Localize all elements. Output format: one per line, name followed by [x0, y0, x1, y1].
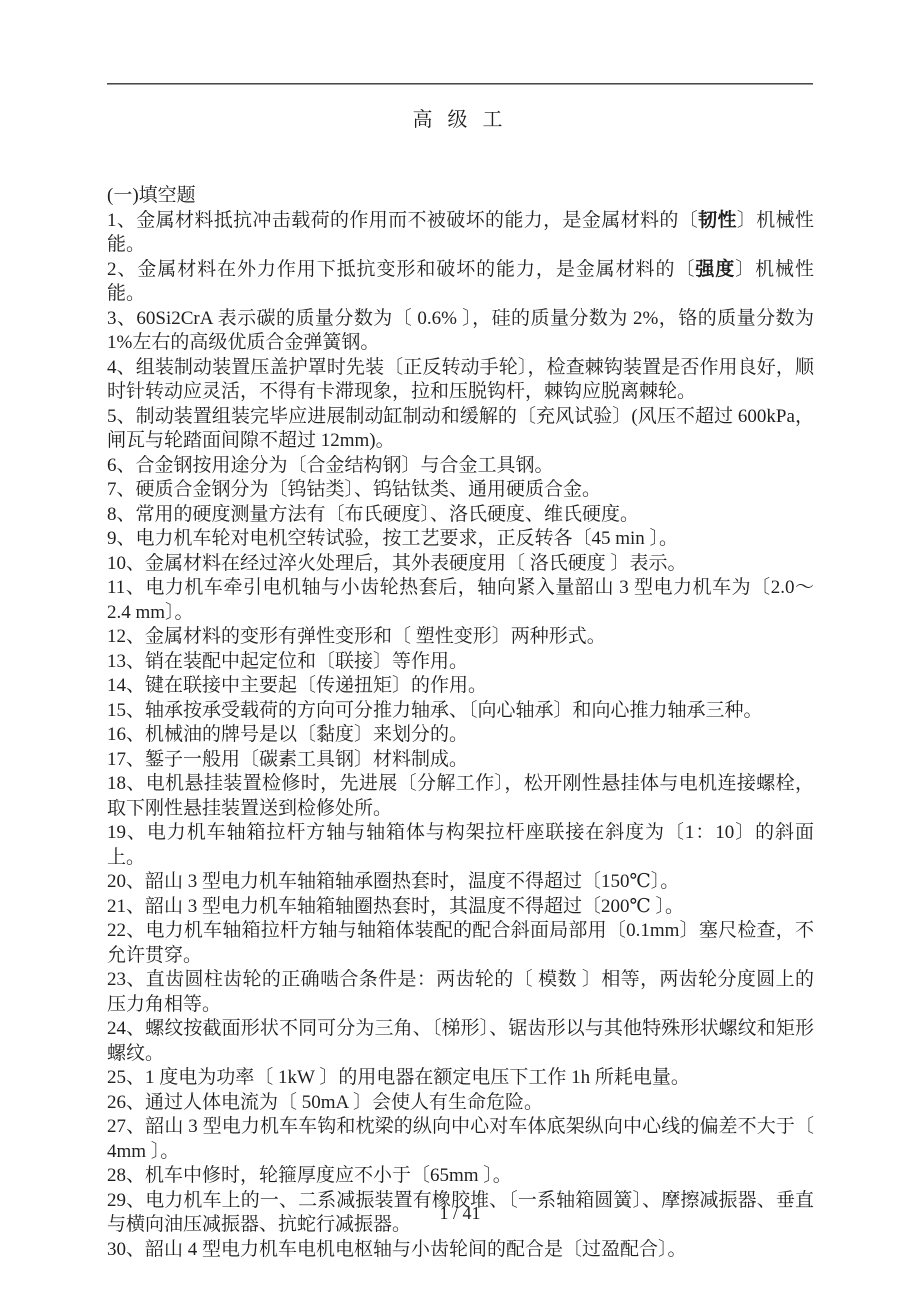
question-item: 5、制动装置组装完毕应进展制动缸制动和缓解的〔充风试验〕(风压不超过 600kP… [107, 405, 814, 454]
question-text: 7、硬质合金钢分为〔钨钴类〕、钨钴钛类、通用硬质合金。 [107, 479, 601, 500]
question-text: 3、60Si2CrA 表示碳的质量分数为〔 0.6% 〕，硅的质量分数为 2%，… [107, 308, 814, 354]
question-text: 14、键在联接中主要起〔传递扭矩〕的作用。 [107, 675, 487, 696]
page-title: 高 级 工 [107, 103, 813, 132]
question-item: 15、轴承按承受载荷的方向可分推力轴承、〔向心轴承〕和向心推力轴承三种。 [107, 699, 814, 724]
question-item: 4、组装制动装置压盖护罩时先装〔正反转动手轮〕，检查棘钩装置是否作用良好，顺时针… [107, 356, 814, 405]
document-page: 高 级 工 (一)填空题 1、金属材料抵抗冲击载荷的作用而不被破坏的能力，是金属… [0, 0, 920, 1302]
question-text: 25、1 度电为功率〔 1kW 〕的用电器在额定电压下工作 1h 所耗电量。 [107, 1067, 690, 1088]
question-item: 14、键在联接中主要起〔传递扭矩〕的作用。 [107, 674, 814, 699]
question-item: 16、机械油的牌号是以〔黏度〕来划分的。 [107, 723, 814, 748]
question-text: 11、电力机车牵引电机轴与小齿轮热套后，轴向紧入量韶山 3 型电力机车为〔2.0… [107, 577, 814, 623]
question-item: 10、金属材料在经过淬火处理后，其外表硬度用〔 洛氏硬度 〕表示。 [107, 552, 814, 577]
question-text: 13、销在装配中起定位和〔联接〕等作用。 [107, 651, 468, 672]
question-item: 20、韶山 3 型电力机车轴箱轴承圈热套时，温度不得超过〔150℃〕。 [107, 870, 814, 895]
question-item: 8、常用的硬度测量方法有〔布氏硬度〕、洛氏硬度、维氏硬度。 [107, 503, 814, 528]
question-item: 18、电机悬挂装置检修时，先进展〔分解工作〕，松开刚性悬挂体与电机连接螺栓，取下… [107, 772, 814, 821]
question-text: 6、合金钢按用途分为〔合金结构钢〕与合金工具钢。 [107, 455, 554, 476]
question-item: 2、金属材料在外力作用下抵抗变形和破坏的能力，是金属材料的〔强度〕机械性能。 [107, 258, 814, 307]
question-text: 22、电力机车轴箱拉杆方轴与轴箱体装配的配合斜面局部用〔0.1mm〕塞尺检查，不… [107, 920, 814, 966]
question-text: 20、韶山 3 型电力机车轴箱轴承圈热套时，温度不得超过〔150℃〕。 [107, 871, 679, 892]
question-text: 16、机械油的牌号是以〔黏度〕来划分的。 [107, 724, 468, 745]
questions-list: 1、金属材料抵抗冲击载荷的作用而不被破坏的能力，是金属材料的〔韧性〕机械性能。2… [107, 209, 814, 1263]
question-text: 4、组装制动装置压盖护罩时先装〔正反转动手轮〕，检查棘钩装置是否作用良好，顺时针… [107, 357, 814, 403]
page-number: 1 / 41 [0, 1203, 920, 1224]
question-item: 24、螺纹按截面形状不同可分为三角、〔梯形〕、锯齿形以与其他特殊形状螺纹和矩形螺… [107, 1017, 814, 1066]
question-item: 13、销在装配中起定位和〔联接〕等作用。 [107, 650, 814, 675]
question-item: 25、1 度电为功率〔 1kW 〕的用电器在额定电压下工作 1h 所耗电量。 [107, 1066, 814, 1091]
question-item: 30、韶山 4 型电力机车电机电枢轴与小齿轮间的配合是〔过盈配合〕。 [107, 1238, 814, 1263]
question-item: 19、电力机车轴箱拉杆方轴与轴箱体与构架拉杆座联接在斜度为〔1：10〕的斜面上。 [107, 821, 814, 870]
question-text: 2、金属材料在外力作用下抵抗变形和破坏的能力，是金属材料的〔 [107, 259, 695, 280]
answer-bold-text: 韧性 [698, 210, 737, 231]
question-text: 30、韶山 4 型电力机车电机电枢轴与小齿轮间的配合是〔过盈配合〕。 [107, 1239, 687, 1260]
question-text: 12、金属材料的变形有弹性变形和〔 塑性变形〕两种形式。 [107, 626, 606, 647]
question-item: 21、韶山 3 型电力机车轴箱轴圈热套时，其温度不得超过〔200℃ 〕。 [107, 895, 814, 920]
section-heading: (一)填空题 [107, 184, 814, 209]
question-item: 27、韶山 3 型电力机车车钩和枕梁的纵向中心对车体底架纵向中心线的偏差不大于〔… [107, 1115, 814, 1164]
content-area: (一)填空题 1、金属材料抵抗冲击载荷的作用而不被破坏的能力，是金属材料的〔韧性… [107, 184, 814, 1262]
question-text: 5、制动装置组装完毕应进展制动缸制动和缓解的〔充风试验〕(风压不超过 600kP… [107, 406, 814, 452]
question-text: 26、通过人体电流为〔 50mA 〕会使人有生命危险。 [107, 1092, 543, 1113]
question-text: 28、机车中修时，轮箍厚度应不小于〔65mm 〕。 [107, 1165, 512, 1186]
question-text: 27、韶山 3 型电力机车车钩和枕梁的纵向中心对车体底架纵向中心线的偏差不大于〔… [107, 1116, 814, 1162]
question-item: 26、通过人体电流为〔 50mA 〕会使人有生命危险。 [107, 1091, 814, 1116]
question-item: 12、金属材料的变形有弹性变形和〔 塑性变形〕两种形式。 [107, 625, 814, 650]
question-item: 1、金属材料抵抗冲击载荷的作用而不被破坏的能力，是金属材料的〔韧性〕机械性能。 [107, 209, 814, 258]
question-text: 10、金属材料在经过淬火处理后，其外表硬度用〔 洛氏硬度 〕表示。 [107, 553, 687, 574]
question-text: 24、螺纹按截面形状不同可分为三角、〔梯形〕、锯齿形以与其他特殊形状螺纹和矩形螺… [107, 1018, 814, 1064]
question-text: 19、电力机车轴箱拉杆方轴与轴箱体与构架拉杆座联接在斜度为〔1：10〕的斜面上。 [107, 822, 814, 868]
question-text: 15、轴承按承受载荷的方向可分推力轴承、〔向心轴承〕和向心推力轴承三种。 [107, 700, 763, 721]
header-rule [107, 83, 813, 85]
question-item: 17、錾子一般用〔碳素工具钢〕材料制成。 [107, 748, 814, 773]
question-item: 22、电力机车轴箱拉杆方轴与轴箱体装配的配合斜面局部用〔0.1mm〕塞尺检查，不… [107, 919, 814, 968]
question-text: 1、金属材料抵抗冲击载荷的作用而不被破坏的能力，是金属材料的〔 [107, 210, 698, 231]
question-text: 9、电力机车轮对电机空转试验，按工艺要求，正反转各〔45 min 〕。 [107, 528, 678, 549]
question-text: 17、錾子一般用〔碳素工具钢〕材料制成。 [107, 749, 468, 770]
question-text: 21、韶山 3 型电力机车轴箱轴圈热套时，其温度不得超过〔200℃ 〕。 [107, 896, 684, 917]
question-item: 7、硬质合金钢分为〔钨钴类〕、钨钴钛类、通用硬质合金。 [107, 478, 814, 503]
answer-bold-text: 强度 [695, 259, 735, 280]
question-item: 11、电力机车牵引电机轴与小齿轮热套后，轴向紧入量韶山 3 型电力机车为〔2.0… [107, 576, 814, 625]
question-item: 28、机车中修时，轮箍厚度应不小于〔65mm 〕。 [107, 1164, 814, 1189]
question-item: 6、合金钢按用途分为〔合金结构钢〕与合金工具钢。 [107, 454, 814, 479]
question-text: 8、常用的硬度测量方法有〔布氏硬度〕、洛氏硬度、维氏硬度。 [107, 504, 639, 525]
question-text: 18、电机悬挂装置检修时，先进展〔分解工作〕，松开刚性悬挂体与电机连接螺栓，取下… [107, 773, 814, 819]
question-item: 23、直齿圆柱齿轮的正确啮合条件是：两齿轮的〔 模数 〕相等，两齿轮分度圆上的压… [107, 968, 814, 1017]
question-text: 23、直齿圆柱齿轮的正确啮合条件是：两齿轮的〔 模数 〕相等，两齿轮分度圆上的压… [107, 969, 814, 1015]
question-item: 9、电力机车轮对电机空转试验，按工艺要求，正反转各〔45 min 〕。 [107, 527, 814, 552]
question-item: 3、60Si2CrA 表示碳的质量分数为〔 0.6% 〕，硅的质量分数为 2%，… [107, 307, 814, 356]
